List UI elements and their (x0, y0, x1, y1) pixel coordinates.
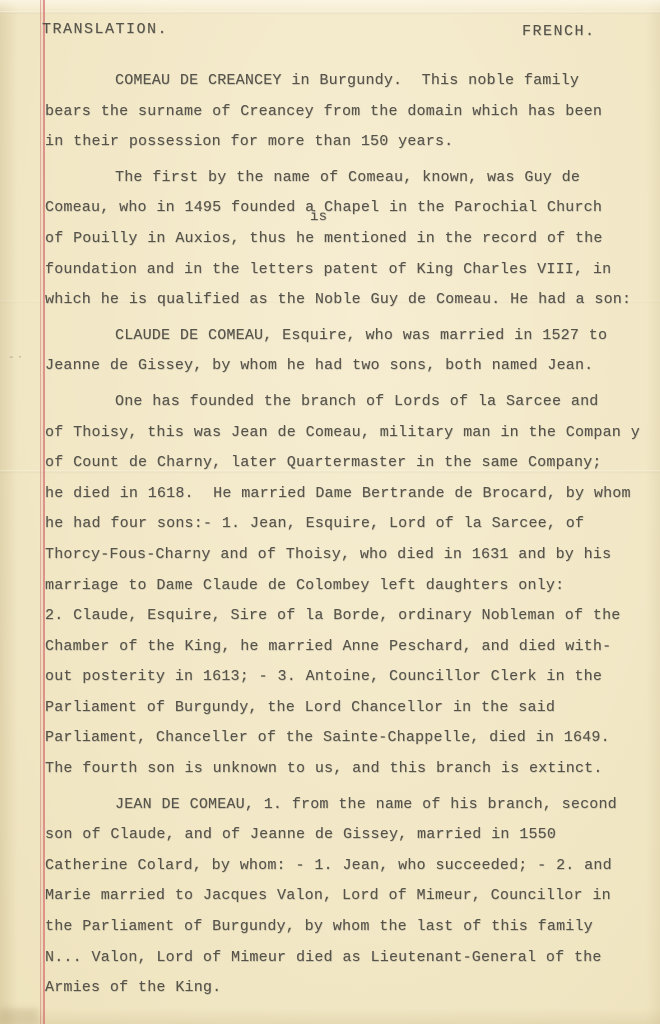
text-line: Marie married to Jacques Valon, Lord of … (45, 881, 645, 912)
document-page: TRANSLATION. FRENCH. COMEAU DE CREANCEY … (0, 0, 660, 1024)
text-line: in their possession for more than 150 ye… (45, 127, 645, 158)
doc-label-french: FRENCH. (522, 23, 596, 40)
interline-insertion-word: is (310, 209, 327, 225)
paper-corner-smudge (0, 1008, 38, 1024)
text-line: of Count de Charny, later Quartermaster … (45, 448, 645, 479)
text-line: out posterity in 1613; - 3. Antoine, Cou… (45, 662, 645, 693)
text-line: One has founded the branch of Lords of l… (45, 387, 645, 418)
text-line: Armies of the King. (45, 973, 645, 1004)
margin-mark: -· (8, 352, 25, 364)
text-line: COMEAU DE CREANCEY in Burgundy. This nob… (45, 66, 645, 97)
text-line: Parliament of Burgundy, the Lord Chancel… (45, 693, 645, 724)
text-line: bears the surname of Creancey from the d… (45, 97, 645, 128)
typewritten-text: COMEAU DE CREANCEY in Burgundy. This nob… (45, 66, 645, 1004)
text-line: N... Valon, Lord of Mimeur died as Lieut… (45, 943, 645, 974)
text-line: which he is qualified as the Noble Guy d… (45, 285, 645, 316)
text-line: Thorcy-Fous-Charny and of Thoisy, who di… (45, 540, 645, 571)
text-line: he died in 1618. He married Dame Bertran… (45, 479, 645, 510)
text-line: JEAN DE COMEAU, 1. from the name of his … (45, 790, 645, 821)
text-line: Parliament, Chanceller of the Sainte-Cha… (45, 723, 645, 754)
paper-crease (0, 11, 660, 15)
text-line: Comeau, who in 1495 founded a Chapel in … (45, 193, 645, 224)
text-line: Catherine Colard, by whom: - 1. Jean, wh… (45, 851, 645, 882)
text-line: 2. Claude, Esquire, Sire of la Borde, or… (45, 601, 645, 632)
text-line: marriage to Dame Claude de Colombey left… (45, 571, 645, 602)
text-line: he had four sons:- 1. Jean, Esquire, Lor… (45, 509, 645, 540)
text-line: son of Claude, and of Jeanne de Gissey, … (45, 820, 645, 851)
text-line: the Parliament of Burgundy, by whom the … (45, 912, 645, 943)
text-line: CLAUDE DE COMEAU, Esquire, who was marri… (45, 321, 645, 352)
text-line: foundation and in the letters patent of … (45, 255, 645, 286)
text-line: of Pouilly in Auxios, thus he mentioned … (45, 224, 645, 255)
text-line: Chamber of the King, he married Anne Pes… (45, 632, 645, 663)
text-line: The fourth son is unknown to us, and thi… (45, 754, 645, 785)
doc-label-translation: TRANSLATION. (42, 21, 168, 38)
text-line: The first by the name of Comeau, known, … (45, 163, 645, 194)
text-line: of Thoisy, this was Jean de Comeau, mili… (45, 418, 645, 449)
text-line: Jeanne de Gissey, by whom he had two son… (45, 351, 645, 382)
